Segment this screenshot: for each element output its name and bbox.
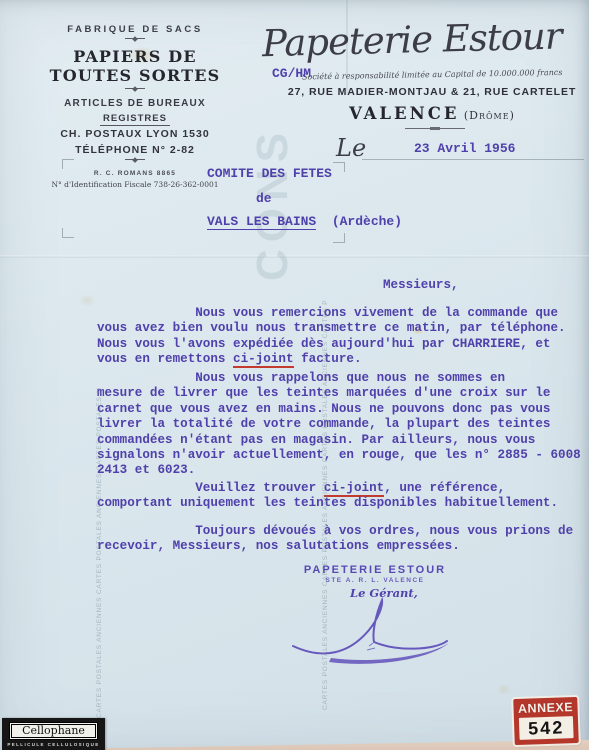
- cellophane-brand: Cellophane: [10, 723, 97, 739]
- recipient-city-rest: (Ardèche): [316, 214, 402, 229]
- ornament-divider: [405, 128, 465, 129]
- company-name-script: Papeterie Estour: [261, 14, 587, 65]
- city-line: VALENCE (Drôme): [282, 104, 582, 124]
- letter-page: CARTES POSTALES ANCIENNES CARTES POSTALE…: [0, 0, 589, 750]
- ornament-divider: [125, 159, 145, 164]
- legal-form-line: Société à responsabilité limitée au Capi…: [302, 68, 582, 82]
- annexe-label: ANNEXE: [513, 700, 577, 716]
- date-rule: [362, 159, 584, 160]
- ornament-divider: [125, 88, 145, 93]
- typist-initials: CG/HM: [272, 66, 311, 81]
- cellophane-subtext: PELLICULE CELLULOSIQUE: [2, 742, 105, 747]
- body-paragraph: Veuillez trouver ci-joint, une référence…: [97, 481, 558, 512]
- cellophane-label: Cellophane PELLICULE CELLULOSIQUE: [2, 718, 105, 750]
- paper-stain: [496, 684, 512, 695]
- recipient-city: VALS LES BAINS (Ardèche): [207, 214, 402, 229]
- city-name: VALENCE: [349, 104, 459, 123]
- recipient-de: de: [256, 191, 272, 206]
- annexe-number-box: 542: [519, 716, 574, 740]
- letterhead-fabrique: FABRIQUE DE SACS: [30, 24, 240, 35]
- letter-date: 23 Avril 1956: [414, 141, 515, 156]
- fold-crease-horizontal: [0, 255, 589, 258]
- street-address: 27, RUE MADIER-MONTJAU & 21, RUE CARTELE…: [282, 86, 582, 98]
- ornament-divider: [125, 38, 145, 43]
- address-corner-mark: [62, 228, 74, 238]
- annexe-number: 542: [519, 716, 574, 740]
- address-corner-mark: [333, 162, 345, 172]
- letterhead-articles: ARTICLES DE BUREAUX: [30, 98, 240, 109]
- letterhead-telephone: TÉLÉPHONE N° 2-82: [30, 144, 240, 156]
- date-prefix-script: Le: [336, 134, 366, 162]
- recipient-city-underlined: VALS LES BAINS: [207, 214, 316, 230]
- salutation: Messieurs,: [383, 278, 459, 293]
- signature-stroke: [283, 594, 455, 670]
- letterhead-postaux: CH. POSTAUX LYON 1530: [30, 128, 240, 140]
- signature-entity: STE A. R. L. VALENCE: [300, 577, 450, 584]
- recipient-org: COMITE DES FETES: [207, 166, 332, 181]
- letterhead-left: FABRIQUE DE SACS PAPIERS DE TOUTES SORTE…: [30, 24, 240, 189]
- signature-company: PAPETERIE ESTOUR: [300, 564, 450, 576]
- letterhead-registres: REGISTRES: [30, 113, 240, 124]
- annexe-stamp: ANNEXE 542: [513, 697, 579, 745]
- region-name: (Drôme): [464, 109, 515, 122]
- letterhead-papiers: PAPIERS DE TOUTES SORTES: [30, 47, 240, 85]
- cellophane-brand-box: Cellophane: [9, 722, 98, 740]
- paper-stain: [78, 294, 96, 307]
- body-paragraph: Nous vous remercions vivement de la comm…: [97, 306, 566, 368]
- body-paragraph: Toujours dévoués à vos ordres, nous vous…: [97, 524, 573, 555]
- address-corner-mark: [333, 233, 345, 243]
- body-paragraph: Nous vous rappelons que nous ne sommes e…: [97, 371, 581, 479]
